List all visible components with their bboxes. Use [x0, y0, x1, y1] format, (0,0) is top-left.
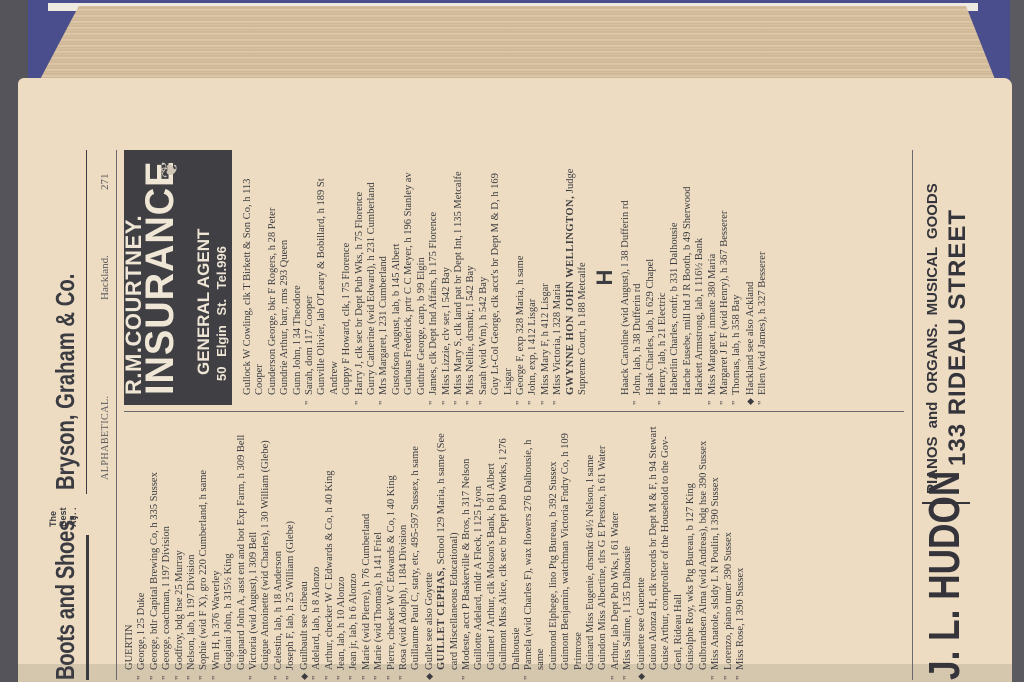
ditto-mark: ": [285, 670, 297, 680]
directory-entry: "Miss Mary F, h 412 Lisgar: [540, 150, 552, 405]
ad-subtitle: GENERAL AGENT: [198, 229, 210, 375]
ditto-mark: ": [273, 670, 285, 680]
entry-text: Guilbault see Gibeau: [299, 581, 310, 670]
footer-divider: [912, 150, 913, 680]
directory-entry: "George, coachman, l 197 Division: [161, 418, 173, 680]
ditto-mark: ": [174, 670, 186, 680]
directory-entry: Hackett Armstrong, lab, l 116½ Bank: [694, 150, 706, 405]
diamond-icon: ◆: [744, 395, 756, 405]
directory-entry: Guillaume Paul C, staty, etc, 495-597 Su…: [410, 418, 422, 680]
directory-entry: "Thomas, lab, h 358 Bay: [731, 150, 743, 405]
entry-text: Guiou Alonza H, clk records br Dept M & …: [648, 426, 659, 670]
ditto-mark: ": [632, 395, 644, 405]
entry-text: Miss Salime, l 135 Dalhousie: [622, 546, 633, 670]
entry-text: Guilmet J Arthur, clk Molson's Bank, b 8…: [486, 463, 497, 670]
right-column: R.M.COURTNEY. INSURANCE GENERAL AGENT 50…: [124, 150, 770, 405]
directory-entry: GUERTIN: [124, 418, 136, 680]
entry-text: Wm H, h 376 Waverley: [211, 570, 222, 670]
ditto-mark: ": [461, 670, 473, 680]
entry-text: Guy Lt-Col George, clk acct's br Dept M …: [490, 173, 513, 395]
ditto-mark: ": [336, 670, 348, 680]
entry-text: Sarah (wid Wm), h 542 Bay: [478, 277, 489, 395]
entry-text: Gullock W Cowling, clk T Birkett & Son C…: [242, 179, 265, 395]
directory-entry: ◆Hackland see also Ackland: [744, 150, 757, 405]
entry-text: Gustofson August, lab, b 145 Albert: [391, 244, 402, 395]
directory-entry: Guinard Miss Eugenie, drsmkr 64½ Nelson,…: [585, 418, 597, 680]
ditto-mark: ": [324, 670, 336, 680]
entry-text: Guimont Benjamin, watchman Victoria Fndr…: [560, 433, 583, 670]
directory-entry: "Adelard, lab, h 8 Alonzo: [311, 418, 323, 680]
entry-text: Hackett Armstrong, lab, l 116½ Bank: [694, 238, 705, 395]
entry-text: Gunn John, l 34 Theodore: [292, 285, 303, 395]
directory-entry: Gurry Catherine (wid Edward), h 231 Cumb…: [366, 150, 378, 405]
directory-entry: "Miss Margaret, inmate 380 Maria: [707, 150, 719, 405]
entry-text: Gunville Olivier, lab O'Leary & Bobillar…: [316, 178, 339, 395]
diamond-icon: ◆: [635, 670, 647, 680]
entry-text: Guise Arthur, comptroller of the Househo…: [660, 436, 683, 670]
entry-text: Haack Caroline (wid August), l 38 Duffer…: [620, 200, 631, 395]
directory-entry: Guigue Antoinette (wid Charles), l 30 Wi…: [260, 418, 272, 680]
entry-text: Gullet see also Goyette: [424, 572, 435, 670]
ditto-mark: ": [707, 395, 719, 405]
directory-entry: Guilmont Miss Alice, clk sec br Dept Pub…: [498, 418, 523, 680]
directory-entry: GWYNNE HON JOHN WELLINGTON, Judge Suprem…: [565, 150, 590, 405]
ditto-mark: ": [398, 670, 410, 680]
entry-text: Ellen (wid James), h 327 Besserer: [757, 252, 768, 395]
entry-text: Margaret J E F (wid Henry), h 367 Besser…: [719, 211, 730, 395]
ad-headline: INSURANCE: [154, 161, 166, 395]
entry-text: Miss Victoria, l 328 Maria: [552, 284, 563, 395]
directory-entry: "Miss Anatole, slsldy L N Poulin, l 390 …: [710, 418, 722, 680]
entry-text: John, lab, h 38 Dufferin rd: [632, 284, 643, 396]
ditto-mark: ": [610, 670, 622, 680]
ditto-mark: ": [453, 395, 465, 405]
directory-entry: Guiou Alonza H, clk records br Dept M & …: [648, 418, 660, 680]
directory-entry: "Marie (wid Thomas), h 141 Friel: [373, 418, 385, 680]
entry-text: Guppy F Howard, clk, l 75 Florence: [341, 243, 352, 395]
ad-address: 50 Elgin St. Tel.996: [216, 246, 228, 381]
directory-entry: ◆Gullet see also Goyette: [423, 418, 436, 680]
entry-text: Pierre, checker W C Edwards & Co, l 40 K…: [386, 475, 397, 670]
ditto-mark: ": [441, 395, 453, 405]
entry-text: Guinard Miss Eugenie, drsmkr 64½ Nelson,…: [585, 455, 596, 670]
directory-entry: Haberlin Charles, confr, b 331 Dalhousie: [669, 150, 681, 405]
ditto-mark: ": [527, 395, 539, 405]
directory-entry: Guimond Elphege, lino Ptg Bureau, b 392 …: [548, 418, 560, 680]
ditto-mark: ": [710, 670, 722, 680]
entry-text: Miss Lizzie, clv ser, l 542 Bay: [441, 267, 452, 395]
rotated-page-content: Boots and Shoes, The Best At . . Bryson,…: [44, 150, 984, 680]
left-column: GUERTIN"George, l 25 Duke"George, btlr C…: [124, 418, 747, 680]
directory-entry: "Pierre, checker W C Edwards & Co, l 40 …: [386, 418, 398, 680]
entry-text: Jean jr, lab, h 6 Alonzo: [348, 573, 359, 670]
entry-text: Godfroy, bdg hse 25 Murray: [174, 550, 185, 670]
entry-text: Gurry Catherine (wid Edward), h 231 Cumb…: [366, 182, 377, 395]
directory-entry: "Wm H, h 376 Waverley: [211, 418, 223, 680]
entry-text: Guigue Antoinette (wid Charles), l 30 Wi…: [260, 440, 271, 670]
diamond-icon: ◆: [298, 670, 310, 680]
scroll-ornament-icon: ❦: [164, 160, 176, 178]
directory-entry: "Modeste, acct P Baskerville & Bros, h 3…: [461, 418, 473, 680]
header-rule-right: [86, 150, 87, 494]
directory-entry: "Victoria (wid August), l 309 Bell: [248, 418, 260, 680]
entry-text: Haak Charles, lab, h 629 Chapel: [645, 259, 656, 395]
ditto-mark: ": [719, 395, 731, 405]
ditto-mark: ": [311, 670, 323, 680]
directory-entry: "John, lab, h 38 Dufferin rd: [632, 150, 644, 405]
ditto-mark: ": [186, 670, 198, 680]
ditto-mark: ": [523, 670, 535, 680]
ditto-mark: ": [428, 395, 440, 405]
entry-text: Miss Mary F, h 412 Lisgar: [540, 283, 551, 395]
entry-text: George F, exp 328 Maria, h same: [515, 255, 526, 395]
footer-ad-bar: [922, 502, 970, 504]
entry-text: Miss Margaret, inmate 380 Maria: [707, 254, 718, 395]
entry-text: Guthrie George, carp, b 99 Elgin: [416, 257, 427, 395]
directory-entry: "Miss Mary S, clk land pat br Dept Int, …: [453, 150, 465, 405]
entry-text: Miss Nellie, drsmkr, l 542 Bay: [465, 266, 476, 395]
entry-text: Adelard, lab, h 8 Alonzo: [311, 567, 322, 670]
header-ad-best: The Best At . .: [48, 507, 78, 527]
directory-entry: "Miss Salime, l 135 Dalhousie: [622, 418, 634, 680]
best-line-3: At . .: [68, 507, 78, 527]
directory-entry: "Pamela (wid Charles F), wax flowers 276…: [523, 418, 548, 680]
entry-text: Rosa (wid Adolph), l 184 Division: [398, 525, 409, 670]
ditto-mark: ": [465, 395, 477, 405]
directory-entry: Guillotte Adelard, mldr A Fleck, l 125 L…: [473, 418, 485, 680]
directory-entry: Guimont Benjamin, watchman Victoria Fndr…: [560, 418, 585, 680]
ditto-mark: ": [731, 395, 743, 405]
directory-entry: "Harry J, clk sec br Dept Pub Wks, h 75 …: [354, 150, 366, 405]
header-ad-left: Boots and Shoes,: [50, 515, 81, 680]
ditto-mark: ": [248, 670, 260, 680]
entry-text: Celestin, lab, h 18 Anderson: [273, 551, 284, 670]
entry-text: Sarah, dom 117 Cooper: [304, 296, 315, 395]
directory-entry: "Nelson, lab, h 197 Division: [186, 418, 198, 680]
section-letter: H: [599, 150, 611, 405]
entry-text: Guillaume Paul C, staty, etc, 495-597 Su…: [410, 446, 421, 670]
ditto-mark: ": [515, 395, 527, 405]
ditto-mark: ": [657, 395, 669, 405]
entry-text: George, coachman, l 197 Division: [161, 526, 172, 670]
ditto-mark: ": [136, 670, 148, 680]
ditto-mark: ": [552, 395, 564, 405]
page-stack-edges: [30, 6, 1005, 80]
directory-entry: "Lorenzo, piano tuner 390 Sussex: [723, 418, 735, 680]
ditto-mark: ": [211, 670, 223, 680]
page-header-ad: Boots and Shoes, The Best At . . Bryson,…: [44, 150, 94, 680]
entry-text: Miss Mary S, clk land pat br Dept Int, l…: [453, 171, 464, 395]
best-line-1: The: [48, 507, 58, 527]
ditto-mark: ": [348, 670, 360, 680]
entry-text: Hache Eusebe, mill hd J R Booth, b 49 Sh…: [682, 186, 693, 395]
entry-text: Pamela (wid Charles F), wax flowers 276 …: [523, 440, 546, 670]
directory-entry: "Miss Rose, l 390 Sussex: [735, 418, 747, 680]
directory-entry: "James, clk Dept Ind Affairs, h 175 Flor…: [428, 150, 440, 405]
page-number: 271: [99, 174, 111, 191]
ditto-mark: ": [757, 395, 769, 405]
directory-entry: Gundrie Arthur, barr, rms 293 Queen: [279, 150, 291, 405]
directory-entry: "Sarah (wid Wm), h 542 Bay: [478, 150, 490, 405]
entry-text: Guisolphe Roy, wks Ptg Bureau, b 127 Kin…: [685, 483, 696, 670]
entry-text: Guthaus Frederick, prtr C C Meyer, h 196…: [403, 172, 414, 395]
ditto-mark: ": [361, 670, 373, 680]
entry-bold-name: GUILLET CEPHAS,: [436, 567, 447, 670]
directory-entry: "Miss Victoria, l 328 Maria: [552, 150, 564, 405]
entry-text: John, exp, l 412 Lisgar: [527, 299, 538, 395]
entry-text: Thomas, lab, h 358 Bay: [731, 295, 742, 395]
footer-ad-line1: PIANOS and ORGANS. MUSICAL GOODS: [924, 183, 941, 494]
header-divider: [116, 150, 117, 680]
directory-entry: "George, l 25 Duke: [136, 418, 148, 680]
directory-entry: "Arthur, lab Dept Pub Wks, l 61 Water: [610, 418, 622, 680]
directory-entry: "Henry, lab, h 21 Electric: [657, 150, 669, 405]
directory-entry: Haak Charles, lab, h 629 Chapel: [645, 150, 657, 405]
directory-entry: "Miss Lizzie, clv ser, l 542 Bay: [441, 150, 453, 405]
entry-text: George, l 25 Duke: [136, 593, 147, 670]
entry-text: Guilmont Miss Alice, clk sec br Dept Pub…: [498, 438, 521, 670]
directory-entry: Hache Eusebe, mill hd J R Booth, b 49 Sh…: [682, 150, 694, 405]
directory-entry: Haack Caroline (wid August), l 38 Duffer…: [620, 150, 632, 405]
directory-entry: "Celestin, lab, h 18 Anderson: [273, 418, 285, 680]
entry-text: Miss Rose, l 390 Sussex: [735, 568, 746, 670]
insurance-ad: R.M.COURTNEY. INSURANCE GENERAL AGENT 50…: [124, 150, 232, 405]
directory-entry: Guise Arthur, comptroller of the Househo…: [660, 418, 685, 680]
directory-entry: Guthrie George, carp, b 99 Elgin: [416, 150, 428, 405]
directory-entry: "Jean jr, lab, h 6 Alonzo: [348, 418, 360, 680]
entry-text: Henry, lab, h 21 Electric: [657, 292, 668, 395]
directory-entry: "Margaret J E F (wid Henry), h 367 Besse…: [719, 150, 731, 405]
ditto-mark: ": [622, 670, 634, 680]
entry-text: Gulbrandsen Alma (wid Andreas), bdg hse …: [698, 441, 709, 670]
directory-entry: "Rosa (wid Adolph), l 184 Division: [398, 418, 410, 680]
ditto-mark: ": [373, 670, 385, 680]
directory-entry: ◆Guilbault see Gibeau: [298, 418, 311, 680]
entry-text: Guillotte Adelard, mldr A Fleck, l 125 L…: [473, 486, 484, 670]
entry-text: Arthur, checker W C Edwards & Co, h 40 K…: [324, 470, 335, 670]
entry-text: Gugiani John, h 315½ King: [223, 553, 234, 670]
entry-text: Sophie (wid F X), gro 220 Cumberland, h …: [198, 470, 209, 670]
ditto-mark: ": [478, 395, 490, 405]
footer-ad-address: 133 RIDEAU STREET: [944, 209, 972, 466]
directory-entry: Gunderson George, bkr F Rogers, h 28 Pet…: [267, 150, 279, 405]
directory-entry: "Sarah, dom 117 Cooper: [304, 150, 316, 405]
ditto-mark: ": [378, 395, 390, 405]
directory-entry: "Jean, lab, h 10 Alonzo: [336, 418, 348, 680]
directory-entry: "Arthur, checker W C Edwards & Co, h 40 …: [324, 418, 336, 680]
entry-text: Haberlin Charles, confr, b 331 Dalhousie: [669, 223, 680, 396]
directory-entry: Gulbrandsen Alma (wid Andreas), bdg hse …: [698, 418, 710, 680]
directory-entry: GUILLET CEPHAS, School 129 Maria, h same…: [436, 418, 461, 680]
running-header: ALPHABETICAL. Hackland. 271: [96, 150, 116, 680]
entry-text: Harry J, clk sec br Dept Pub Wks, h 75 F…: [354, 192, 365, 395]
entry-text: James, clk Dept Ind Affairs, h 175 Flore…: [428, 212, 439, 395]
entry-text: Gundrie Arthur, barr, rms 293 Queen: [279, 240, 290, 395]
directory-entry: "Godfroy, bdg hse 25 Murray: [174, 418, 186, 680]
ditto-mark: ": [304, 395, 316, 405]
directory-entry: "Miss Nellie, drsmkr, l 542 Bay: [465, 150, 477, 405]
directory-entry: Guthaus Frederick, prtr C C Meyer, h 196…: [403, 150, 415, 405]
entry-text: Guignard John A, asst ent and bot Exp Fa…: [236, 435, 247, 670]
best-line-2: Best: [58, 507, 68, 527]
column-divider: [124, 411, 904, 412]
entry-text: Marie (wid Pierre), h 76 Cumberland: [361, 514, 372, 670]
ditto-mark: ": [149, 670, 161, 680]
directory-entry: "Mrs Margaret, l 231 Cumberland: [378, 150, 390, 405]
entry-text: Victoria (wid August), l 309 Bell: [248, 532, 259, 670]
directory-entry: Guppy F Howard, clk, l 75 Florence: [341, 150, 353, 405]
right-column-h-entries: Haack Caroline (wid August), l 38 Duffer…: [620, 150, 770, 405]
ditto-mark: ": [198, 670, 210, 680]
directory-entry: "Sophie (wid F X), gro 220 Cumberland, h…: [198, 418, 210, 680]
header-ad-right: Bryson, Graham & Co.: [50, 274, 81, 490]
entry-text: Nelson, lab, h 197 Division: [186, 555, 197, 671]
diamond-icon: ◆: [423, 670, 435, 680]
entry-text: Lorenzo, piano tuner 390 Sussex: [723, 532, 734, 670]
entry-text: Gunderson George, bkr F Rogers, h 28 Pet…: [267, 208, 278, 395]
entry-text: Joseph F, lab, h 25 William (Glebe): [285, 521, 296, 670]
directory-entry: Gunville Olivier, lab O'Leary & Bobillar…: [316, 150, 341, 405]
directory-entry: Gugiani John, h 315½ King: [223, 418, 235, 680]
directory-entry: "George, btlr Capital Brewing Co, h 335 …: [149, 418, 161, 680]
ditto-mark: ": [540, 395, 552, 405]
entry-text: Miss Anatole, slsldy L N Poulin, l 390 S…: [710, 477, 721, 670]
entry-text: Mrs Margaret, l 231 Cumberland: [378, 256, 389, 395]
ditto-mark: ": [354, 395, 366, 405]
directory-entry: Guy Lt-Col George, clk acct's br Dept M …: [490, 150, 515, 405]
directory-entry: "Marie (wid Pierre), h 76 Cumberland: [361, 418, 373, 680]
entry-text: Jean, lab, h 10 Alonzo: [336, 577, 347, 670]
directory-entry: Gunn John, l 34 Theodore: [292, 150, 304, 405]
ditto-mark: ": [161, 670, 173, 680]
running-name: Hackland.: [99, 255, 111, 300]
directory-entry: Gullock W Cowling, clk T Birkett & Son C…: [242, 150, 267, 405]
directory-entry: Guisolphe Roy, wks Ptg Bureau, b 127 Kin…: [685, 418, 697, 680]
entry-text: Guinette see Guenette: [636, 577, 647, 670]
entry-text: Arthur, lab Dept Pub Wks, l 61 Water: [610, 512, 621, 670]
directory-entry: Guignard John A, asst ent and bot Exp Fa…: [236, 418, 248, 680]
directory-entry: "Ellen (wid James), h 327 Besserer: [757, 150, 769, 405]
directory-entry: ◆Guinette see Guenette: [635, 418, 648, 680]
directory-entry: Gustofson August, lab, b 145 Albert: [391, 150, 403, 405]
ditto-mark: ": [386, 670, 398, 680]
directory-entry: "George F, exp 328 Maria, h same: [515, 150, 527, 405]
directory-entry: Guilmet J Arthur, clk Molson's Bank, b 8…: [486, 418, 498, 680]
entry-text: Guindon Miss Albertine, tlrs G E Preston…: [597, 446, 608, 670]
entry-text: Guimond Elphege, lino Ptg Bureau, b 392 …: [548, 461, 559, 670]
footer-ad: J. L. HUDON PIANOS and ORGANS. MUSICAL G…: [912, 150, 982, 680]
directory-entry: "John, exp, l 412 Lisgar: [527, 150, 539, 405]
ditto-mark: ": [723, 670, 735, 680]
header-rule-left: [86, 535, 89, 680]
entry-bold-name: GWYNNE HON JOHN WELLINGTON,: [565, 196, 576, 395]
right-column-g-entries: Gullock W Cowling, clk T Birkett & Son C…: [242, 150, 589, 405]
section-label: ALPHABETICAL.: [100, 395, 111, 480]
entry-text: Marie (wid Thomas), h 141 Friel: [373, 532, 384, 670]
ditto-mark: ": [735, 670, 747, 680]
directory-entry: "Joseph F, lab, h 25 William (Glebe): [285, 418, 297, 680]
entry-text: GUERTIN: [124, 625, 135, 670]
directory-entry: Guindon Miss Albertine, tlrs G E Preston…: [597, 418, 609, 680]
entry-text: Hackland see also Ackland: [745, 282, 756, 395]
entry-text: Modeste, acct P Baskerville & Bros, h 31…: [461, 459, 472, 670]
entry-text: George, btlr Capital Brewing Co, h 335 S…: [149, 472, 160, 670]
